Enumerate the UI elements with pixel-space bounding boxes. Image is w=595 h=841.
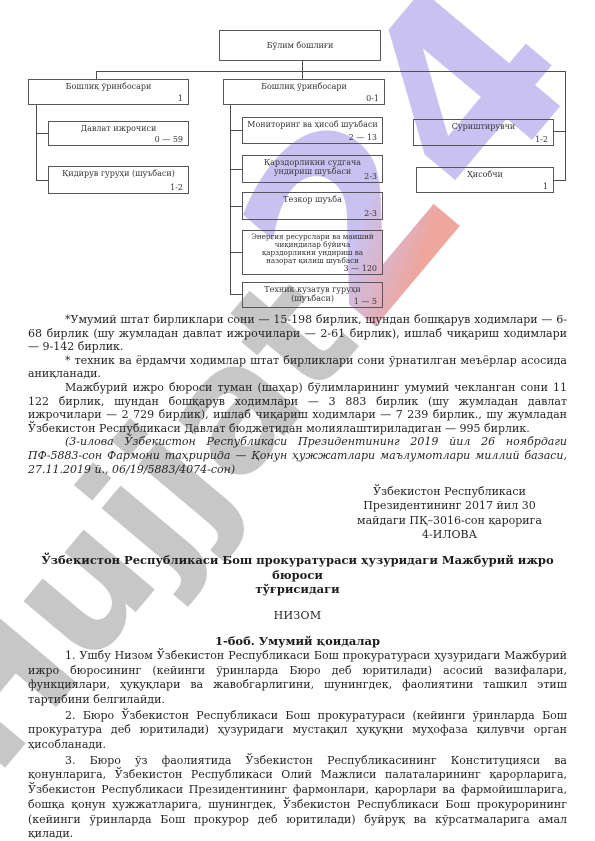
footnote-total-staff: *Умумий штат бирликлари сони — 15-198 би… bbox=[28, 313, 567, 354]
paragraph-1: 1. Ушбу Низом Ўзбекистон Республикаси Бо… bbox=[28, 649, 567, 708]
connector-right-vline bbox=[565, 71, 566, 181]
org-box-label: Тезкор шуъба bbox=[283, 195, 342, 204]
org-box-count: 1 bbox=[178, 94, 183, 103]
org-box-state-executor: Давлат ижрочиси 0 — 59 bbox=[48, 121, 189, 146]
connector-mid-spine bbox=[230, 105, 231, 294]
document-title-line: Ўзбекистон Республикаси Бош прокуратурас… bbox=[28, 553, 567, 582]
connector-right-child1-stub bbox=[554, 131, 565, 132]
chapter-heading: 1-боб. Умумий қоидалар bbox=[28, 634, 567, 648]
document-body: *Умумий штат бирликлари сони — 15-198 би… bbox=[28, 313, 567, 841]
org-box-investigator: Суриштирувчи 1-2 bbox=[413, 119, 554, 146]
org-box-count: 0 — 59 bbox=[155, 135, 183, 144]
org-box-tech-observation: Техник кузатув гуруҳи (шуъбаси) 1 — 5 bbox=[242, 282, 383, 308]
org-box-count: 1 — 5 bbox=[354, 297, 377, 306]
org-box-energy-debt: Энергия ресурслари ва маиший чиқиндилар … bbox=[242, 230, 383, 275]
org-box-label: Суриштирувчи bbox=[452, 122, 515, 131]
approval-line: майдаги ПҚ–3016-сон қарорига bbox=[332, 514, 567, 528]
org-box-label: Бошлиқ ўринбосари bbox=[261, 82, 347, 91]
org-box-label: Энергия ресурслари ва маиший чиқиндилар … bbox=[247, 233, 378, 265]
approval-reference: Ўзбекистон Республикаси Президентининг 2… bbox=[332, 485, 567, 542]
paragraphs-section: 1. Ушбу Низом Ўзбекистон Республикаси Бо… bbox=[28, 649, 567, 841]
connector-mid-parent-stub bbox=[302, 71, 303, 79]
org-box-label: Техник кузатув гуруҳи (шуъбаси) bbox=[264, 285, 360, 303]
org-box-count: 2 — 13 bbox=[349, 133, 377, 142]
org-box-count: 2-3 bbox=[364, 172, 377, 181]
connector-mid-child3-stub bbox=[230, 206, 242, 207]
org-box-rapid-unit: Тезкор шуъба 2-3 bbox=[242, 192, 383, 220]
approval-line: 4-ИЛОВА bbox=[332, 528, 567, 542]
org-box-count: 1-2 bbox=[535, 135, 548, 144]
org-box-count: 1-2 bbox=[170, 183, 183, 192]
org-box-monitoring: Мониторинг ва ҳисоб шуъбаси 2 — 13 bbox=[242, 117, 383, 144]
paragraph-3: 3. Бюро ўз фаолиятида Ўзбекистон Республ… bbox=[28, 754, 567, 841]
approval-line: Президентининг 2017 йил 30 bbox=[332, 499, 567, 513]
org-box-count: 0-1 bbox=[366, 94, 379, 103]
connector-root-stub bbox=[302, 61, 303, 71]
org-box-label: Ҳисобчи bbox=[467, 170, 503, 179]
org-box-pretrial-debt: Қарздорликни судгача ундириш шуъбаси 2-3 bbox=[242, 155, 383, 183]
org-box-label: Бўлим бошлиғи bbox=[267, 41, 334, 50]
org-box-accountant: Ҳисобчи 1 bbox=[416, 167, 554, 193]
footnote-bureau-limits: Мажбурий ижро бюроси туман (шаҳар) бўлим… bbox=[28, 381, 567, 435]
org-box-division-head: Бўлим бошлиғи bbox=[219, 30, 381, 61]
org-box-count: 1 bbox=[543, 182, 548, 191]
org-box-label: Мониторинг ва ҳисоб шуъбаси bbox=[247, 120, 377, 129]
connector-main-hline bbox=[96, 71, 566, 72]
org-box-search-group: Қидирув гуруҳи (шуъбаси) 1-2 bbox=[48, 166, 189, 194]
connector-left-child2-stub bbox=[36, 180, 48, 181]
org-box-label: Қарздорликни судгача ундириш шуъбаси bbox=[264, 158, 361, 176]
document-page: Hujjat24 Бўлим бошлиғи Бошлиқ ўринбосари… bbox=[0, 0, 595, 841]
footnote-tech-staff: * техник ва ёрдамчи ходимлар штат бирлик… bbox=[28, 354, 567, 381]
org-box-label: Давлат ижрочиси bbox=[81, 124, 157, 133]
document-type: НИЗОМ bbox=[28, 609, 567, 622]
connector-mid-child2-stub bbox=[230, 169, 242, 170]
footnotes-section: *Умумий штат бирликлари сони — 15-198 би… bbox=[28, 313, 567, 476]
org-box-count: 3 — 120 bbox=[344, 264, 377, 273]
connector-left-child1-stub bbox=[36, 133, 48, 134]
connector-left-spine bbox=[36, 104, 37, 180]
org-box-deputy-left: Бошлиқ ўринбосари 1 bbox=[28, 79, 189, 105]
org-chart: Бўлим бошлиғи Бошлиқ ўринбосари 1 Бошлиқ… bbox=[0, 0, 595, 312]
org-box-label: Қидирув гуруҳи (шуъбаси) bbox=[62, 169, 175, 178]
org-box-label: Бошлиқ ўринбосари bbox=[66, 82, 152, 91]
connector-mid-child4-stub bbox=[230, 252, 242, 253]
amendment-note: (3-илова Ўзбекистон Республикаси Президе… bbox=[28, 435, 567, 476]
connector-mid-child1-stub bbox=[230, 130, 242, 131]
paragraph-2: 2. Бюро Ўзбекистон Республикаси Бош прок… bbox=[28, 709, 567, 753]
org-box-deputy-middle: Бошлиқ ўринбосари 0-1 bbox=[223, 79, 385, 105]
document-title: Ўзбекистон Республикаси Бош прокуратурас… bbox=[28, 553, 567, 597]
connector-left-parent-stub bbox=[96, 71, 97, 79]
org-box-count: 2-3 bbox=[364, 209, 377, 218]
connector-right-child2-stub bbox=[554, 180, 565, 181]
approval-line: Ўзбекистон Республикаси bbox=[332, 485, 567, 499]
document-title-line: тўғрисидаги bbox=[28, 582, 567, 597]
connector-mid-child5-stub bbox=[230, 294, 242, 295]
